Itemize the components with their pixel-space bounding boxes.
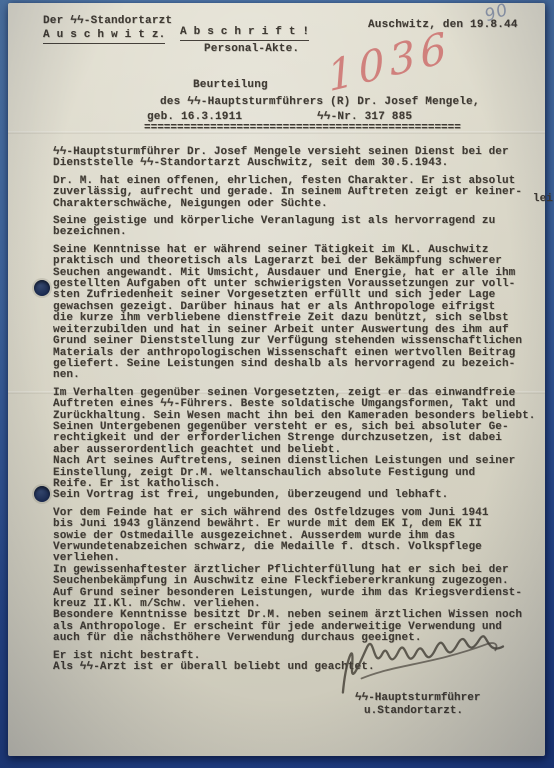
- paragraph: Im Verhalten gegenüber seinen Vorgesetzt…: [53, 388, 554, 502]
- paragraph: Dr. M. hat einen offenen, ehrlichen, fes…: [53, 176, 554, 210]
- sender-line-1: Der ϟϟ-Standortarzt: [43, 15, 172, 28]
- typed-line: zuverlässig, aufrecht und gerade. In sei…: [53, 187, 554, 198]
- punch-hole-bottom: [34, 486, 50, 502]
- typed-line: Nach Art seines Auftretens, seinen diens…: [53, 456, 554, 467]
- sender-line-2: A u s c h w i t z.: [43, 29, 165, 44]
- typed-line: Grund seiner Dienststellung zur Verfügun…: [53, 336, 554, 347]
- typed-line: Charakterschwäche, Neigungen oder Süchte…: [53, 199, 554, 210]
- typed-line: Dienststelle ϟϟ-Standortarzt Auschwitz, …: [53, 158, 554, 169]
- document-body: ϟϟ-Hauptsturmführer Dr. Josef Mengele ve…: [53, 147, 554, 679]
- abschrift-heading: A b s c h r i f t !: [180, 26, 309, 41]
- typed-line: Verwundetenabzeichen schwarz, die Medail…: [53, 542, 554, 553]
- typed-line: praktisch und theoretisch als Lagerarzt …: [53, 256, 554, 267]
- paragraph: ϟϟ-Hauptsturmführer Dr. Josef Mengele ve…: [53, 147, 554, 170]
- paper-sheet: Der ϟϟ-Standortarzt A u s c h w i t z. A…: [8, 3, 545, 756]
- typed-line: die kurze ihm verbliebene dienstfreie Ze…: [53, 313, 554, 324]
- scanned-document-photo: Der ϟϟ-Standortarzt A u s c h w i t z. A…: [0, 0, 554, 768]
- typed-line: geliefert. Seine Leistungen sind deshalb…: [53, 359, 554, 370]
- typed-line: Sein Vortrag ist frei, ungebunden, überz…: [53, 490, 554, 501]
- signature-rank: ϟϟ-Hauptsturmführer: [355, 692, 480, 705]
- red-file-number: 1036: [326, 26, 454, 99]
- typed-line: nen.: [53, 370, 554, 381]
- signature-role: u.Standortarzt.: [355, 705, 480, 718]
- typed-line: Seuchenbekämpfung in Auschwitz eine Flec…: [53, 576, 554, 587]
- punch-hole-top: [34, 280, 50, 296]
- separator-line: ========================================…: [144, 122, 461, 135]
- typed-line: bis Juni 1943 glänzend bewährt. Er wurde…: [53, 519, 554, 530]
- paragraph: Seine Kenntnisse hat er während seiner T…: [53, 245, 554, 382]
- typed-line-continuation: lei: [533, 194, 553, 205]
- typed-line: Seine geistige und körperliche Veranlagu…: [53, 216, 554, 227]
- typed-line: bezeichnen.: [53, 227, 554, 238]
- signature-block: ϟϟ-Hauptsturmführer u.Standortarzt.: [355, 692, 480, 717]
- typed-line: Auftreten eines ϟϟ-Führers. Beste soldat…: [53, 399, 554, 410]
- personal-akte-label: Personal-Akte.: [204, 43, 299, 56]
- paragraph: Seine geistige und körperliche Veranlagu…: [53, 216, 554, 239]
- title-beurteilung: Beurteilung: [193, 79, 268, 92]
- subject-line: des ϟϟ-Hauptsturmführers (R) Dr. Josef M…: [160, 96, 480, 109]
